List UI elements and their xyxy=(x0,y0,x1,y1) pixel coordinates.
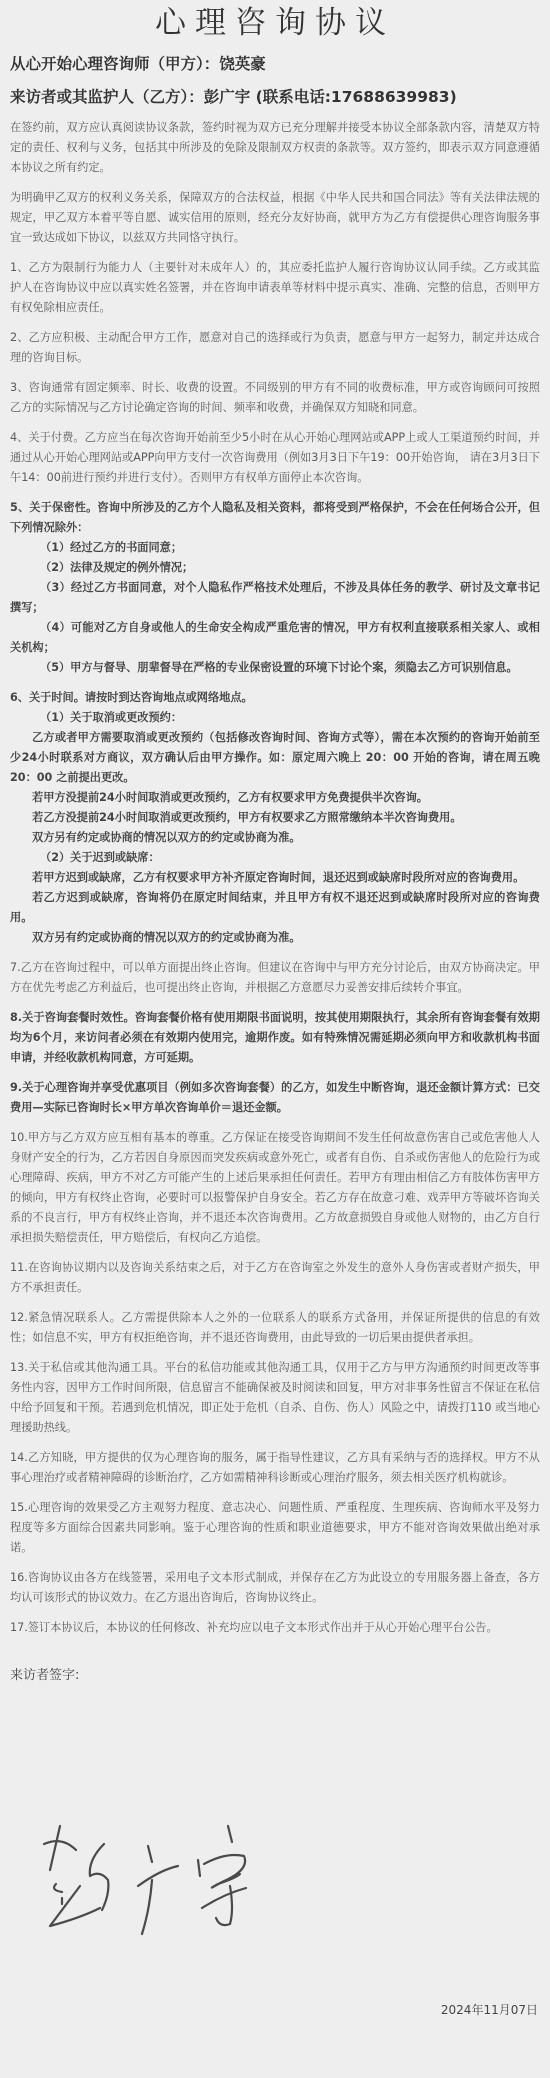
clause-11: 11.在咨询协议期内以及咨询关系结束之后，对于乙方在咨询室之外发生的意外人身伤害… xyxy=(10,1258,540,1298)
party-b-line: 来访者或其监护人（乙方）：彭广宇 (联系电话:17688639983) xyxy=(10,86,540,108)
clause-8: 8.关于咨询套餐时效性。咨询套餐价格有使用期限书面说明，按其使用期限执行，其余所… xyxy=(10,1008,540,1068)
clause-5-item-2: （2）法律及规定的例外情况； xyxy=(10,558,540,578)
intro-paragraph-2: 为明确甲乙双方的权利义务关系，保障双方的合法权益，根据《中华人民共和国合同法》等… xyxy=(10,188,540,248)
clause-6-sub1-line-3: 若乙方没提前24小时间取消或更改预约，甲方有权要求乙方照常缴纳本半次咨询费用。 xyxy=(10,808,540,828)
clause-7: 7.乙方在咨询过程中，可以单方面提出终止咨询。但建议在咨询中与甲方充分讨论后，由… xyxy=(10,958,540,998)
clause-3: 3、咨询通常有固定频率、时长、收费的设置。不同级别的甲方有不同的收费标准，甲方或… xyxy=(10,378,540,418)
clause-13: 13.关于私信或其他沟通工具。平台的私信功能或其他沟通工具，仅用于乙方与甲方沟通… xyxy=(10,1358,540,1438)
clause-6-sub1-line-2: 若甲方没提前24小时间取消或更改预约，乙方有权要求甲方免费提供半次咨询。 xyxy=(10,788,540,808)
intro-paragraph-1: 在签约前，双方应认真阅读协议条款，签约时视为双方已充分理解并接受本协议全部条款内… xyxy=(10,118,540,178)
clause-6-sub1-title: （1）关于取消或更改预约： xyxy=(10,708,540,728)
clause-6-sub2-title: （2）关于迟到或缺席： xyxy=(10,848,540,868)
clause-10: 10.甲方与乙方双方应互相有基本的尊重。乙方保证在接受咨询期间不发生任何故意伤害… xyxy=(10,1128,540,1248)
clause-6-sub1-line-4: 双方另有约定或协商的情况以双方的约定或协商为准。 xyxy=(10,828,540,848)
clause-5-lead: 5、关于保密性。咨询中所涉及的乙方个人隐私及相关资料，都将受到严格保护，不会在任… xyxy=(10,498,540,538)
clause-2: 2、乙方应积极、主动配合甲方工作，愿意对自己的选择或行为负责，愿意与甲方一起努力… xyxy=(10,328,540,368)
clause-5-item-5: （5）甲方与督导、朋辈督导在严格的专业保密设置的环境下讨论个案，须隐去乙方可识别… xyxy=(10,658,540,678)
clause-17: 17.签订本协议后，本协议的任何修改、补充均应以电子文本形式作出并于从心开始心理… xyxy=(10,1618,540,1638)
clause-15: 15.心理咨询的效果受乙方主观努力程度、意志决心、问题性质、严重程度、生理疾病、… xyxy=(10,1498,540,1558)
clause-9: 9.关于心理咨询并享受优惠项目（例如多次咨询套餐）的乙方，如发生中断咨询，退还金… xyxy=(10,1078,540,1118)
clause-6-sub2-line-2: 若乙方迟到或缺席，咨询将仍在原定时间结束，并且甲方有权不退还迟到或缺席时段所对应… xyxy=(10,888,540,928)
clause-6-lead: 6、关于时间。请按时到达咨询地点或网络地点。 xyxy=(10,688,540,708)
clause-1: 1、乙方为限制行为能力人（主要针对未成年人）的，其应委托监护人履行咨询协议认同手… xyxy=(10,258,540,318)
clause-16: 16.咨询协议由各方在线签署，采用电子文本形式制成，并保存在乙方为此设立的专用服… xyxy=(10,1568,540,1608)
clause-14: 14.乙方知晓，甲方提供的仅为心理咨询的服务，属于指导性建议，乙方具有采纳与否的… xyxy=(10,1448,540,1488)
agreement-document: 心理咨询协议 从心开始心理咨询师（甲方）：饶英豪 来访者或其监护人（乙方）：彭广… xyxy=(0,0,550,2078)
clause-6-sub1-line-1: 乙方或者甲方需要取消或更改预约（包括修改咨询时间、咨询方式等），需在本次预约的咨… xyxy=(10,728,540,788)
clause-6-sub2-line-1: 若甲方迟到或缺席，乙方有权要求甲方补齐原定咨询时间，退还迟到或缺席时段所对应的咨… xyxy=(10,868,540,888)
signature-label: 来访者签字: xyxy=(10,1666,540,1686)
clause-5-item-4: （4）可能对乙方自身或他人的生命安全构成严重危害的情况，甲方有权利直接联系相关家… xyxy=(10,618,540,658)
party-a-line: 从心开始心理咨询师（甲方）：饶英豪 xyxy=(10,53,540,75)
clause-12: 12.紧急情况联系人。乙方需提供除本人之外的一位联系人的联系方式备用，并保证所提… xyxy=(10,1308,540,1348)
document-title: 心理咨询协议 xyxy=(10,0,540,49)
clause-6-sub2-line-3: 双方另有约定或协商的情况以双方的约定或协商为准。 xyxy=(10,928,540,948)
clause-5-item-3: （3）经过乙方书面同意，对个人隐私作严格技术处理后，不涉及具体任务的教学、研讨及… xyxy=(10,578,540,618)
signing-date: 2024年11月07日 xyxy=(441,2001,538,2018)
clause-5-item-1: （1）经过乙方的书面同意； xyxy=(10,538,540,558)
handwritten-signature xyxy=(40,1818,270,1968)
clause-4: 4、关于付费。乙方应当在每次咨询开始前至少5小时在从心开始心理网站或APP上或人… xyxy=(10,428,540,488)
